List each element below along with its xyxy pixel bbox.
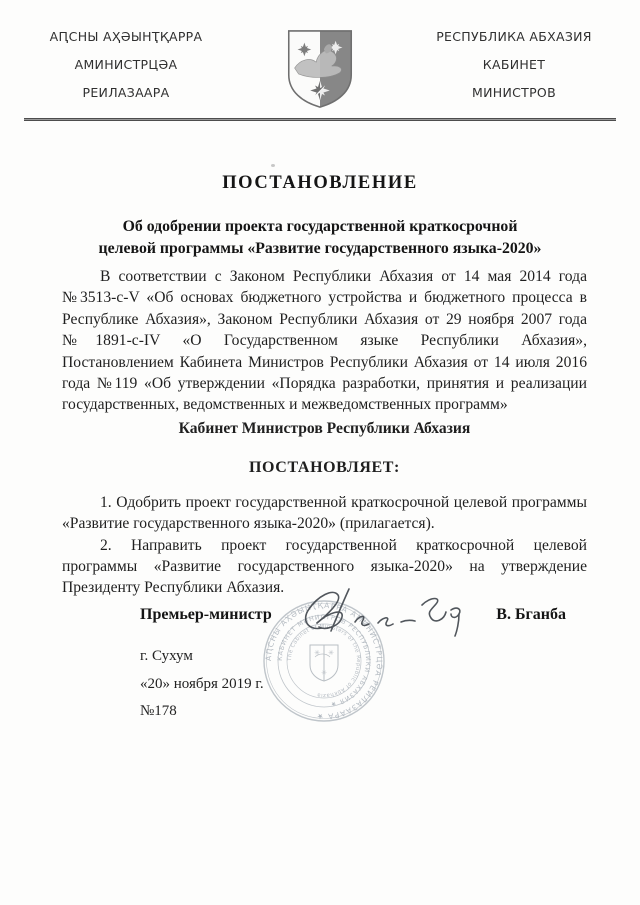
letterhead-russian: РЕСПУБЛИКА АБХАЗИЯ КАБИНЕТ МИНИСТРОВ [416,30,612,114]
document-number: №178 [140,698,264,726]
signer-name: В. Бганба [496,606,566,624]
document-body: В соответствии с Законом Республики Абха… [62,266,587,599]
letterhead-line: РЕИЛАЗААРА [28,86,224,100]
subtitle-line: Об одобрении проекта государственной кра… [0,216,640,238]
document-subtitle: Об одобрении проекта государственной кра… [0,216,640,259]
letterhead: АԤСНЫ АҲӘЫНҬҚАРРА АМИНИСТРЦӘА РЕИЛАЗААРА [0,0,640,118]
resolution-item-1: 1. Одобрить проект государственной кратк… [62,492,587,535]
svg-text:✳: ✳ [321,669,327,677]
issuing-body-heading: Кабинет Министров Республики Абхазия [62,420,587,438]
signature-row: Премьер-министр В. Бганба [140,606,566,624]
letterhead-line: МИНИСТРОВ [416,86,612,100]
subtitle-line: целевой программы «Развитие государствен… [0,238,640,260]
signer-role: Премьер-министр [140,606,272,624]
preamble-paragraph: В соответствии с Законом Республики Абха… [62,266,587,416]
svg-text:✳: ✳ [328,649,334,657]
resolution-word: ПОСТАНОВЛЯЕТ: [62,459,587,477]
issuance-city: г. Сухум [140,643,264,671]
letterhead-line: КАБИНЕТ [416,58,612,72]
letterhead-abkhaz: АԤСНЫ АҲӘЫНҬҚАРРА АМИНИСТРЦӘА РЕИЛАЗААРА [28,30,224,114]
document-page: АԤСНЫ АҲӘЫНҬҚАРРА АМИНИСТРЦӘА РЕИЛАЗААРА [0,0,640,905]
issuance-details: г. Сухум «20» ноября 2019 г. №178 [140,643,264,726]
letterhead-line: АМИНИСТРЦӘА [28,58,224,72]
svg-text:✳: ✳ [314,649,320,657]
scan-artifact-dot [271,164,275,167]
letterhead-line: АԤСНЫ АҲӘЫНҬҚАРРА [28,30,224,44]
letterhead-divider [24,118,616,121]
letterhead-line: РЕСПУБЛИКА АБХАЗИЯ [416,30,612,44]
issuance-date: «20» ноября 2019 г. [140,671,264,699]
document-title: ПОСТАНОВЛЕНИЕ [0,173,640,194]
abkhazia-coat-of-arms-icon [282,28,358,110]
